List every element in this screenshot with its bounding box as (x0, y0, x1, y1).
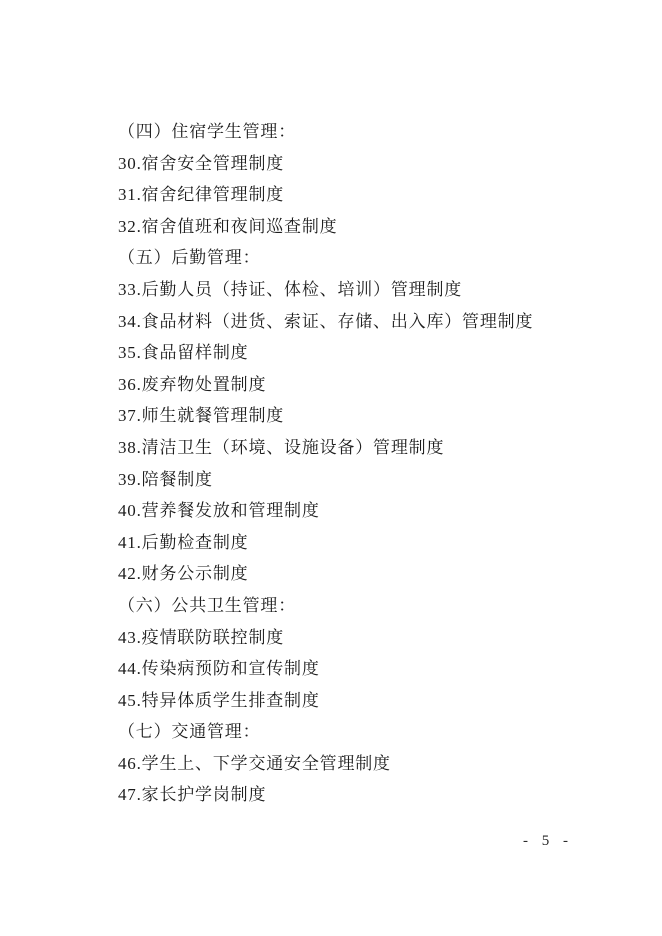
list-item: 43.疫情联防联控制度 (118, 622, 598, 654)
list-item: 46.学生上、下学交通安全管理制度 (118, 748, 598, 780)
list-item: 47.家长护学岗制度 (118, 779, 598, 811)
list-item: 32.宿舍值班和夜间巡查制度 (118, 211, 598, 243)
list-item: 44.传染病预防和宣传制度 (118, 653, 598, 685)
list-item: 33.后勤人员（持证、体检、培训）管理制度 (118, 274, 598, 306)
list-item: 36.废弃物处置制度 (118, 369, 598, 401)
section-heading: （六）公共卫生管理： (118, 590, 598, 622)
list-item: 39.陪餐制度 (118, 464, 598, 496)
list-item: 40.营养餐发放和管理制度 (118, 495, 598, 527)
section-heading: （四）住宿学生管理： (118, 116, 598, 148)
list-item: 34.食品材料（进货、索证、存储、出入库）管理制度 (118, 306, 598, 338)
section-heading: （五）后勤管理： (118, 242, 598, 274)
text-block: （四）住宿学生管理：30.宿舍安全管理制度31.宿舍纪律管理制度32.宿舍值班和… (118, 116, 598, 811)
list-item: 31.宿舍纪律管理制度 (118, 179, 598, 211)
list-item: 45.特异体质学生排查制度 (118, 685, 598, 717)
list-item: 41.后勤检查制度 (118, 527, 598, 559)
list-item: 42.财务公示制度 (118, 558, 598, 590)
page-number: - 5 - (523, 832, 573, 851)
section-heading: （七）交通管理： (118, 716, 598, 748)
document-page: （四）住宿学生管理：30.宿舍安全管理制度31.宿舍纪律管理制度32.宿舍值班和… (0, 0, 662, 936)
list-item: 35.食品留样制度 (118, 337, 598, 369)
list-item: 30.宿舍安全管理制度 (118, 148, 598, 180)
list-item: 37.师生就餐管理制度 (118, 400, 598, 432)
list-item: 38.清洁卫生（环境、设施设备）管理制度 (118, 432, 598, 464)
